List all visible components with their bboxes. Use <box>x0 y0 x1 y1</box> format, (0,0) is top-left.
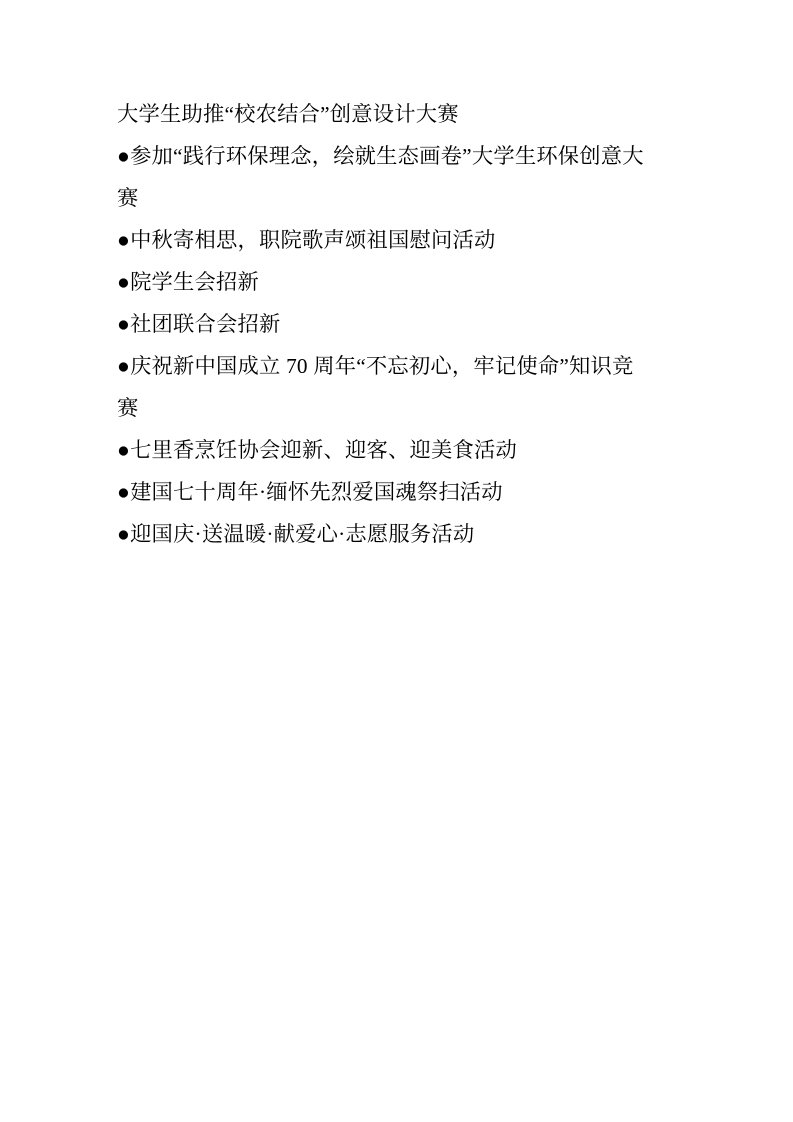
bullet-list-item-line: ●参加“践行环保理念，绘就生态画卷”大学生环保创意大 <box>117 135 681 177</box>
bullet-list-item-line: ●社团联合会招新 <box>117 303 681 345</box>
paragraph: ●社团联合会招新 <box>117 303 681 345</box>
bullet-list-item-wrap-line: 赛 <box>117 387 681 429</box>
bullet-list-item-line: ●建国七十周年·缅怀先烈爱国魂祭扫活动 <box>117 471 681 513</box>
bullet-list-item-line: ●七里香烹饪协会迎新、迎客、迎美食活动 <box>117 429 681 471</box>
paragraph: ●参加“践行环保理念，绘就生态画卷”大学生环保创意大 赛 <box>117 135 681 219</box>
bullet-list-item-line: ●庆祝新中国成立 70 周年“不忘初心，牢记使命”知识竞 <box>117 345 681 387</box>
paragraph: ●七里香烹饪协会迎新、迎客、迎美食活动 <box>117 429 681 471</box>
bullet-list-item-line: ●中秋寄相思，职院歌声颂祖国慰问活动 <box>117 219 681 261</box>
paragraph: ●建国七十周年·缅怀先烈爱国魂祭扫活动 <box>117 471 681 513</box>
bullet-list-item-wrap-line: 赛 <box>117 177 681 219</box>
text-line: 大学生助推“校农结合”创意设计大赛 <box>117 93 681 135</box>
bullet-list-item-line: ●院学生会招新 <box>117 261 681 303</box>
paragraph: ●中秋寄相思，职院歌声颂祖国慰问活动 <box>117 219 681 261</box>
paragraph: 大学生助推“校农结合”创意设计大赛 <box>117 93 681 135</box>
paragraph: ●院学生会招新 <box>117 261 681 303</box>
paragraph: ●庆祝新中国成立 70 周年“不忘初心，牢记使命”知识竞 赛 <box>117 345 681 429</box>
bullet-list-item-line: ●迎国庆·送温暖·献爱心·志愿服务活动 <box>117 513 681 555</box>
paragraph: ●迎国庆·送温暖·献爱心·志愿服务活动 <box>117 513 681 555</box>
document-page: 大学生助推“校农结合”创意设计大赛 ●参加“践行环保理念，绘就生态画卷”大学生环… <box>0 0 793 1122</box>
